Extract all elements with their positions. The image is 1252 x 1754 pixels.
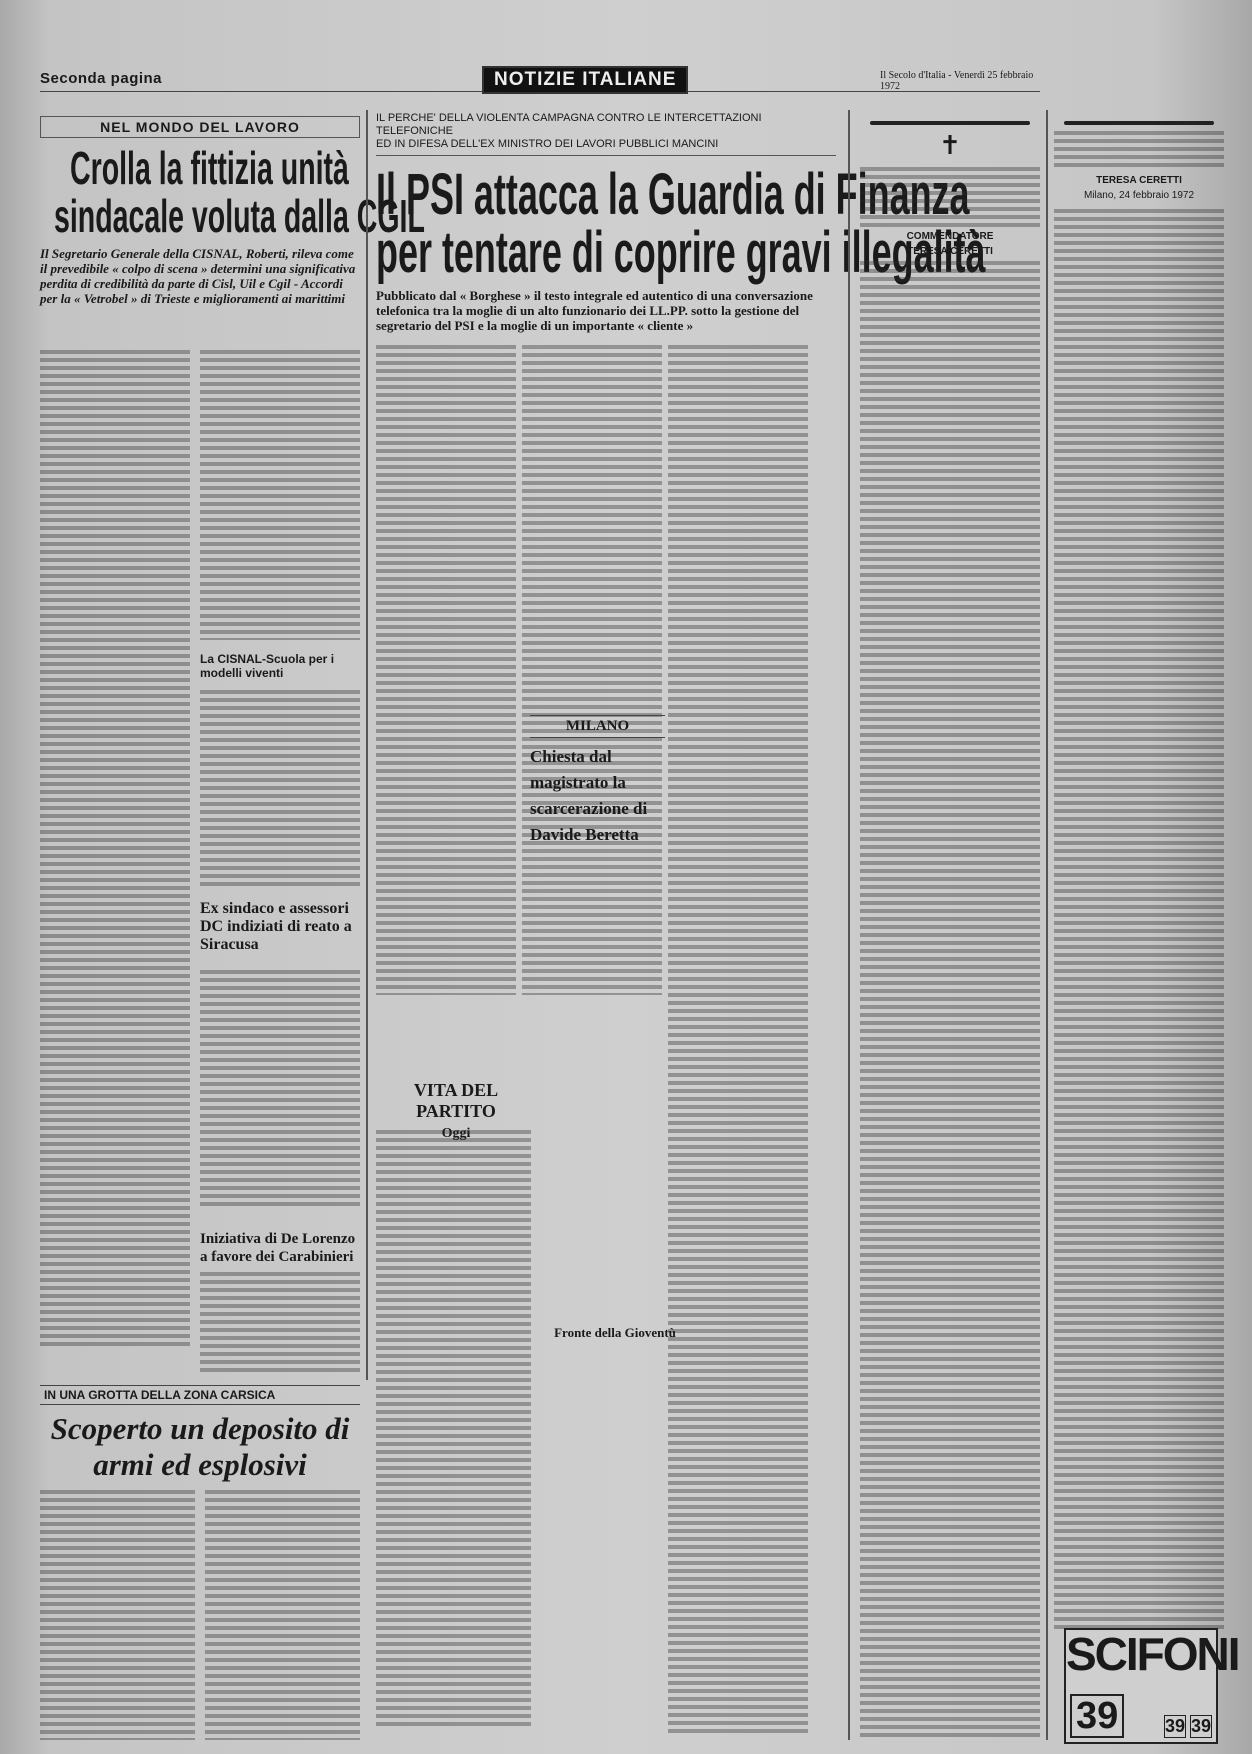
milano-headline: Chiesta dal magistrato la scarcerazione …: [530, 744, 665, 848]
ad-number: 39: [1070, 1694, 1124, 1738]
body-text: [40, 1490, 195, 1740]
deck: Pubblicato dal « Borghese » il testo int…: [376, 288, 836, 333]
scifoni-ad: SCIFONI 39 39 39: [1064, 1628, 1218, 1744]
newspaper-page: Seconda pagina NOTIZIE ITALIANE Il Secol…: [0, 0, 1252, 1754]
obit-rule: [1064, 121, 1214, 125]
headline-line-2: per tentare di coprire gravi illegalità: [376, 224, 661, 282]
headline-line-1: Il PSI attacca la Guardia di Finanza: [376, 166, 661, 224]
kicker-line-1: IL PERCHE' DELLA VIOLENTA CAMPAGNA CONTR…: [376, 112, 836, 138]
article-title-carabinieri: Iniziativa di De Lorenzo a favore dei Ca…: [200, 1230, 360, 1266]
kicker-line-2: ED IN DIFESA DELL'EX MINISTRO DEI LAVORI…: [376, 138, 836, 156]
dateline: Il Secolo d'Italia - Venerdì 25 febbraio…: [880, 70, 1040, 92]
obit-date: Milano, 24 febbraio 1972: [1054, 190, 1224, 201]
arms-cache-story: IN UNA GROTTA DELLA ZONA CARSICA Scopert…: [40, 1385, 360, 1483]
milano-story: MILANO Chiesta dal magistrato la scarcer…: [530, 715, 665, 848]
ad-small-number: 39: [1164, 1715, 1186, 1738]
body-text: [200, 690, 360, 890]
body-text: [205, 1490, 360, 1740]
youth-front-heading: Fronte della Gioventù: [540, 1325, 690, 1341]
labour-section: NEL MONDO DEL LAVORO Crolla la fittizia …: [40, 116, 360, 306]
story-headline: Scoperto un deposito di armi ed esplosiv…: [40, 1411, 360, 1483]
article-intro: Il Segretario Generale della CISNAL, Rob…: [40, 246, 360, 306]
cross-icon: ✝: [860, 131, 1040, 161]
section-label: Seconda pagina: [40, 70, 162, 87]
masthead: Seconda pagina NOTIZIE ITALIANE Il Secol…: [40, 66, 1040, 96]
body-text: [860, 167, 1040, 227]
obit-name: TERESA CERETTI: [1054, 175, 1224, 186]
story-kicker: IN UNA GROTTA DELLA ZONA CARSICA: [40, 1385, 360, 1405]
column-rule: [366, 110, 368, 1380]
section-kicker: NEL MONDO DEL LAVORO: [40, 116, 360, 138]
milano-kicker: MILANO: [530, 715, 665, 738]
subhead: La CISNAL-Scuola per i modelli viventi: [200, 652, 360, 680]
obit-title: COMMENDATORE: [860, 231, 1040, 242]
party-title: VITA DEL PARTITO: [376, 1080, 536, 1122]
obit-name: TERESA CERETTI: [860, 246, 1040, 257]
headline-line-2: sindacale voluta dalla CGIL: [54, 192, 244, 240]
body-text: [376, 1130, 531, 1730]
body-text: [200, 1272, 360, 1372]
body-text: [200, 970, 360, 1210]
ad-brand: SCIFONI: [1066, 1630, 1216, 1678]
ad-small-number: 39: [1190, 1715, 1212, 1738]
main-story: IL PERCHE' DELLA VIOLENTA CAMPAGNA CONTR…: [376, 112, 836, 333]
column-rule: [1046, 110, 1048, 1740]
body-text: [522, 345, 662, 995]
body-text: [1054, 131, 1224, 171]
headline-line-1: Crolla la fittizia unità: [70, 144, 250, 192]
body-text: [200, 350, 360, 640]
obit-rule: [870, 121, 1030, 125]
column-rule: [848, 110, 850, 1740]
obituaries: ✝ COMMENDATORE TERESA CERETTI: [860, 115, 1040, 1741]
body-text: [668, 345, 808, 1735]
body-text: [40, 350, 190, 1350]
body-text: [1054, 209, 1224, 1629]
article-title-siracusa: Ex sindaco e assessori DC indiziati di r…: [200, 900, 360, 954]
obituaries-right: TERESA CERETTI Milano, 24 febbraio 1972: [1054, 115, 1224, 1629]
body-text: [860, 261, 1040, 1741]
section-banner: NOTIZIE ITALIANE: [482, 66, 688, 94]
body-text: [376, 345, 516, 995]
